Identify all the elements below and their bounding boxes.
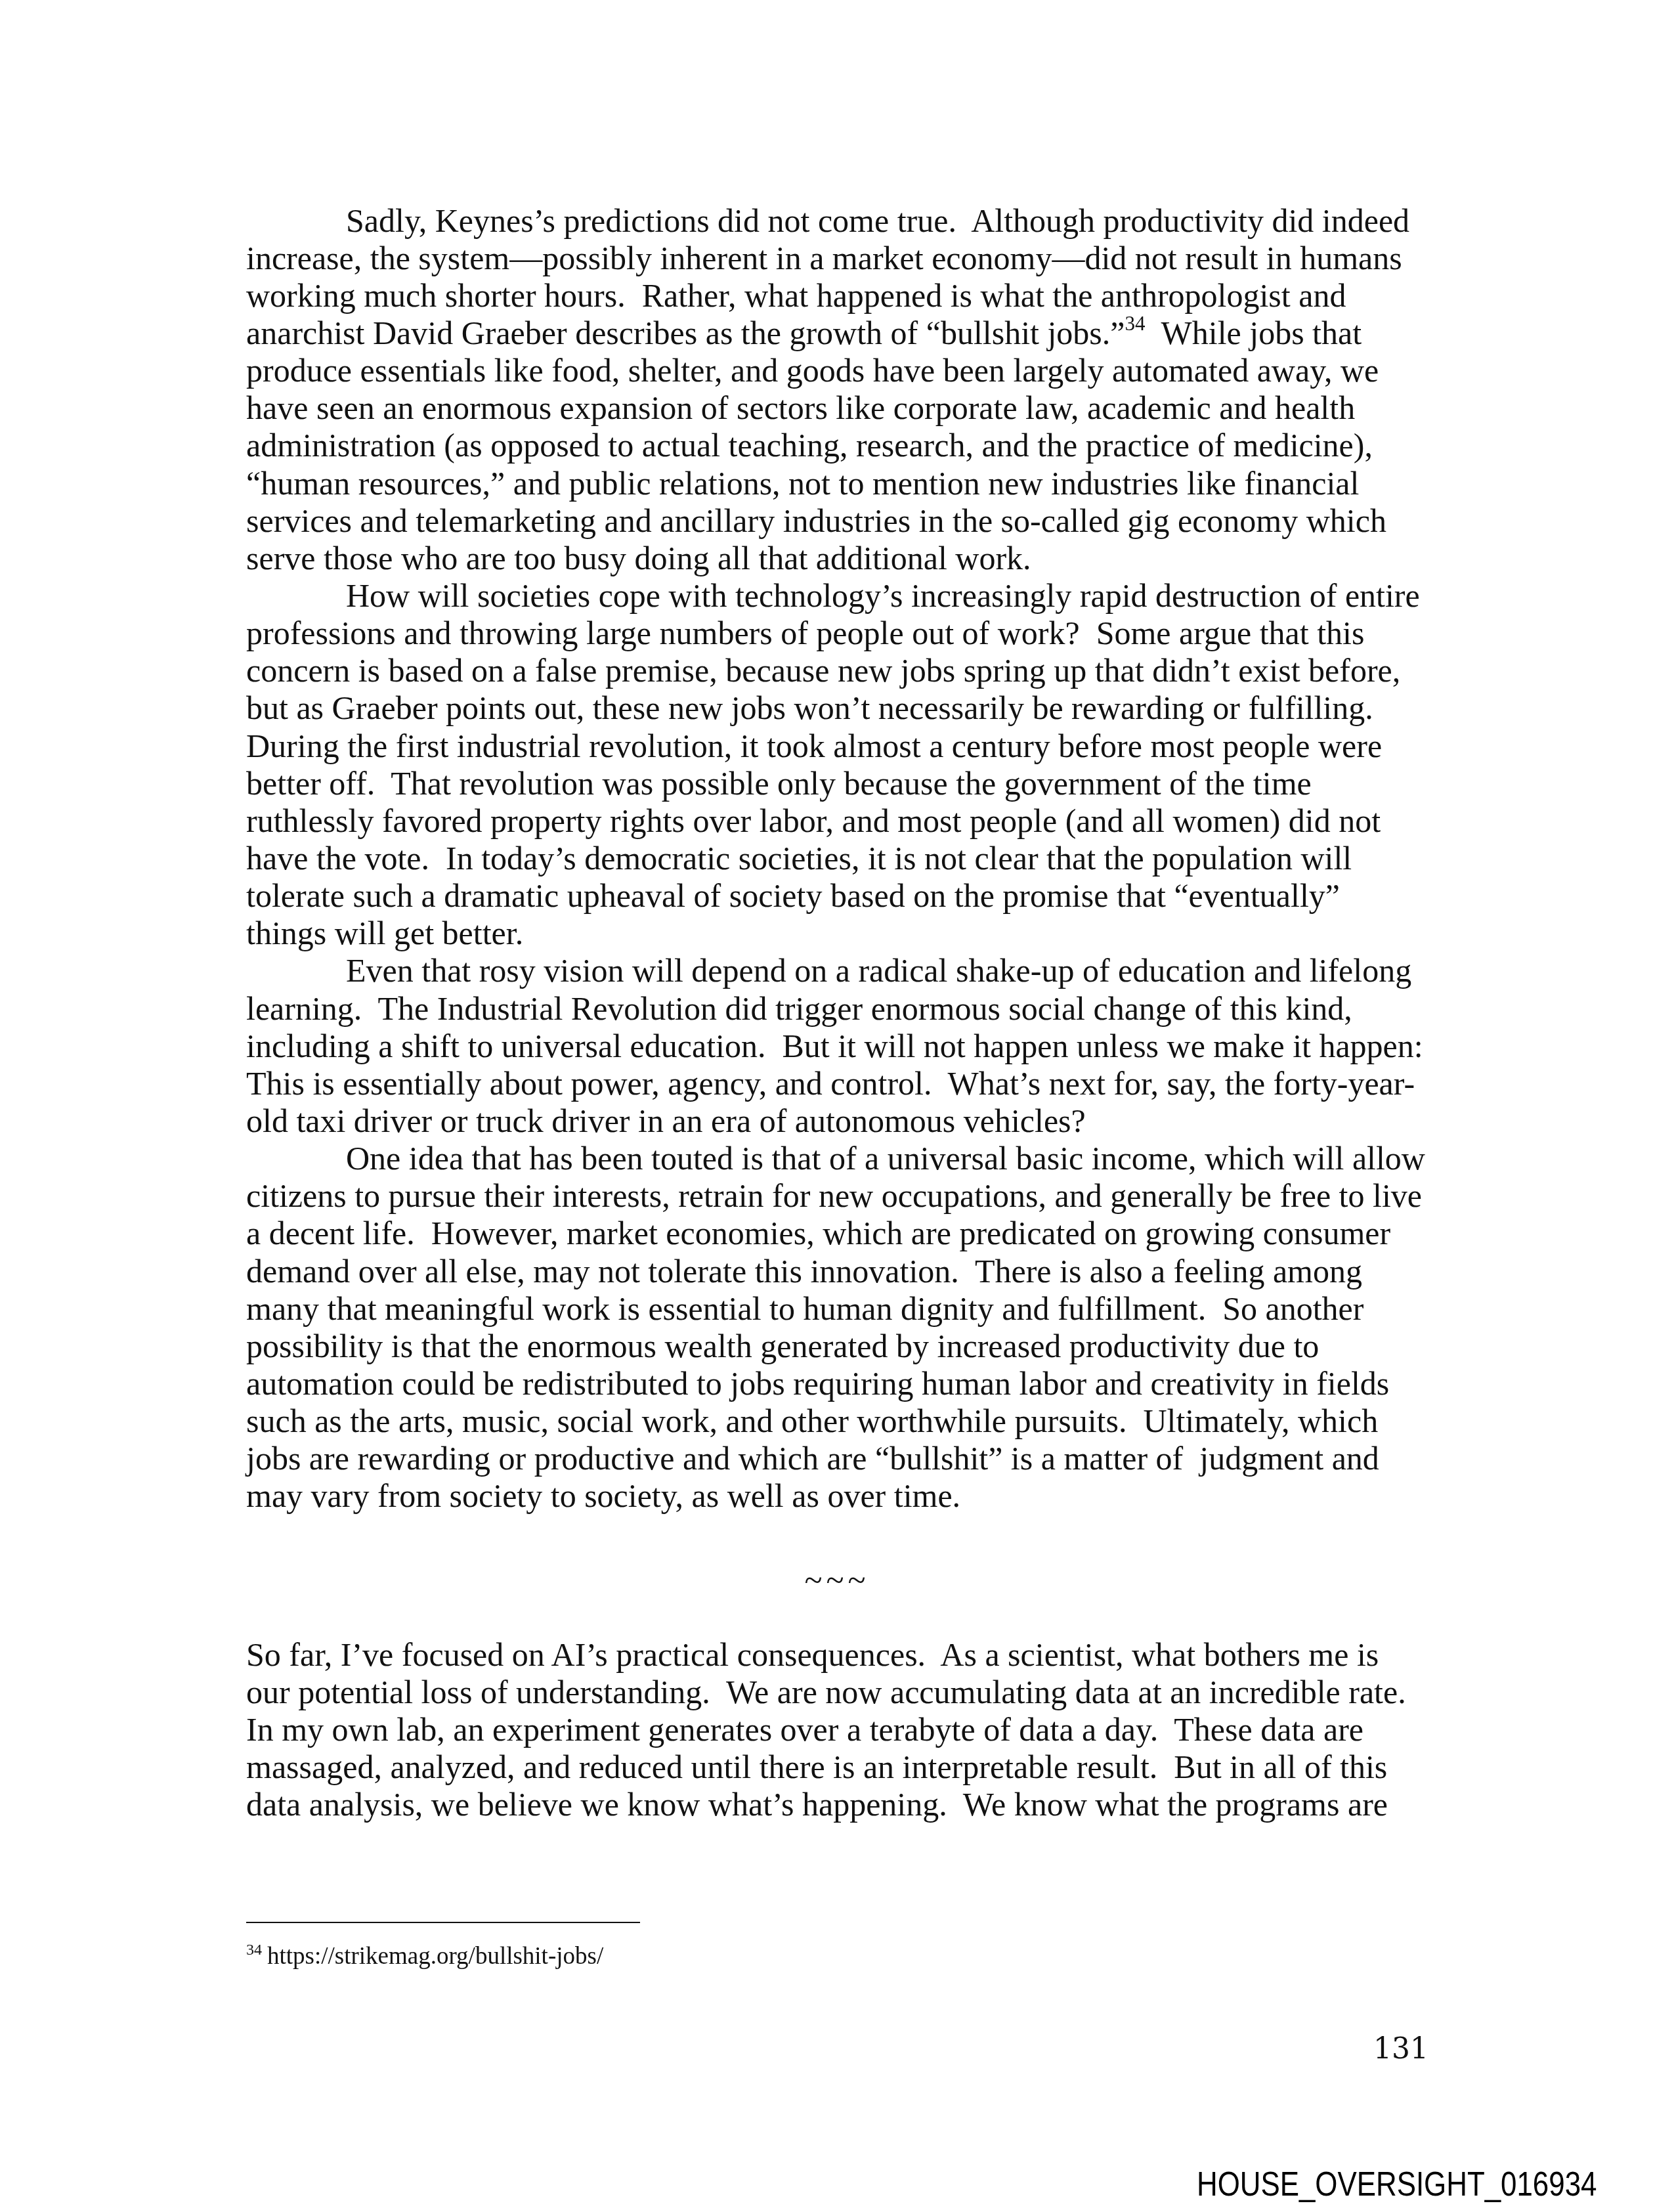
- text-line: a decent life. However, market economies…: [246, 1215, 1390, 1252]
- page-number: 131: [1373, 2032, 1428, 2066]
- text-line: working much shorter hours. Rather, what…: [246, 277, 1346, 314]
- text-line: including a shift to universal education…: [246, 1028, 1423, 1065]
- text-line: data analysis, we believe we know what’s…: [246, 1786, 1388, 1823]
- text-line: In my own lab, an experiment generates o…: [246, 1711, 1363, 1748]
- bates-stamp: HOUSE_OVERSIGHT_016934: [1197, 2166, 1597, 2203]
- text-line: So far, I’ve focused on AI’s practical c…: [246, 1636, 1379, 1674]
- footnote-link[interactable]: https://strikemag.org/bullshit-jobs/: [267, 1943, 603, 1970]
- text-segment: While jobs that: [1145, 314, 1362, 351]
- text-line: better off. That revolution was possible…: [246, 765, 1312, 802]
- text-line: citizens to pursue their interests, retr…: [246, 1177, 1422, 1215]
- text-line: jobs are rewarding or productive and whi…: [246, 1440, 1379, 1477]
- footnote-ref-34[interactable]: 34: [1125, 312, 1145, 335]
- text-line: How will societies cope with technology’…: [346, 577, 1420, 615]
- text-line: Sadly, Keynes’s predictions did not come…: [346, 202, 1409, 240]
- text-line: our potential loss of understanding. We …: [246, 1674, 1406, 1711]
- text-line: tolerate such a dramatic upheaval of soc…: [246, 877, 1340, 915]
- text-line: old taxi driver or truck driver in an er…: [246, 1102, 1086, 1140]
- text-line: such as the arts, music, social work, an…: [246, 1402, 1378, 1440]
- text-line: ruthlessly favored property rights over …: [246, 802, 1381, 840]
- text-line: automation could be redistributed to job…: [246, 1365, 1389, 1402]
- text-line: professions and throwing large numbers o…: [246, 615, 1364, 652]
- text-line: During the first industrial revolution, …: [246, 727, 1382, 765]
- text-segment: anarchist David Graeber describes as the…: [246, 314, 1125, 351]
- text-line-with-footnote-ref: anarchist David Graeber describes as the…: [246, 314, 1362, 352]
- text-line: possibility is that the enormous wealth …: [246, 1328, 1319, 1365]
- text-line: may vary from society to society, as wel…: [246, 1477, 960, 1515]
- text-line: Even that rosy vision will depend on a r…: [346, 952, 1411, 989]
- section-separator: ~~~: [771, 1561, 903, 1599]
- text-line: This is essentially about power, agency,…: [246, 1065, 1415, 1102]
- document-page: Sadly, Keynes’s predictions did not come…: [0, 0, 1674, 2212]
- text-line: One idea that has been touted is that of…: [346, 1140, 1425, 1177]
- text-line: serve those who are too busy doing all t…: [246, 540, 1031, 577]
- text-line: concern is based on a false premise, bec…: [246, 652, 1400, 689]
- footnote-divider: [246, 1922, 640, 1923]
- text-line: administration (as opposed to actual tea…: [246, 427, 1373, 464]
- text-line: many that meaningful work is essential t…: [246, 1290, 1363, 1328]
- text-line: demand over all else, may not tolerate t…: [246, 1253, 1362, 1290]
- text-line: massaged, analyzed, and reduced until th…: [246, 1748, 1387, 1786]
- text-line: but as Graeber points out, these new job…: [246, 689, 1373, 727]
- footnote-34: 34https://strikemag.org/bullshit-jobs/: [246, 1942, 603, 1974]
- text-line: services and telemarketing and ancillary…: [246, 502, 1386, 540]
- text-line: “human resources,” and public relations,…: [246, 465, 1359, 502]
- text-line: have the vote. In today’s democratic soc…: [246, 840, 1352, 877]
- text-line: produce essentials like food, shelter, a…: [246, 352, 1379, 389]
- text-line: learning. The Industrial Revolution did …: [246, 990, 1352, 1028]
- text-line: things will get better.: [246, 915, 523, 952]
- text-line: increase, the system—possibly inherent i…: [246, 240, 1402, 277]
- footnote-mark: 34: [246, 1941, 262, 1959]
- text-line: have seen an enormous expansion of secto…: [246, 389, 1355, 427]
